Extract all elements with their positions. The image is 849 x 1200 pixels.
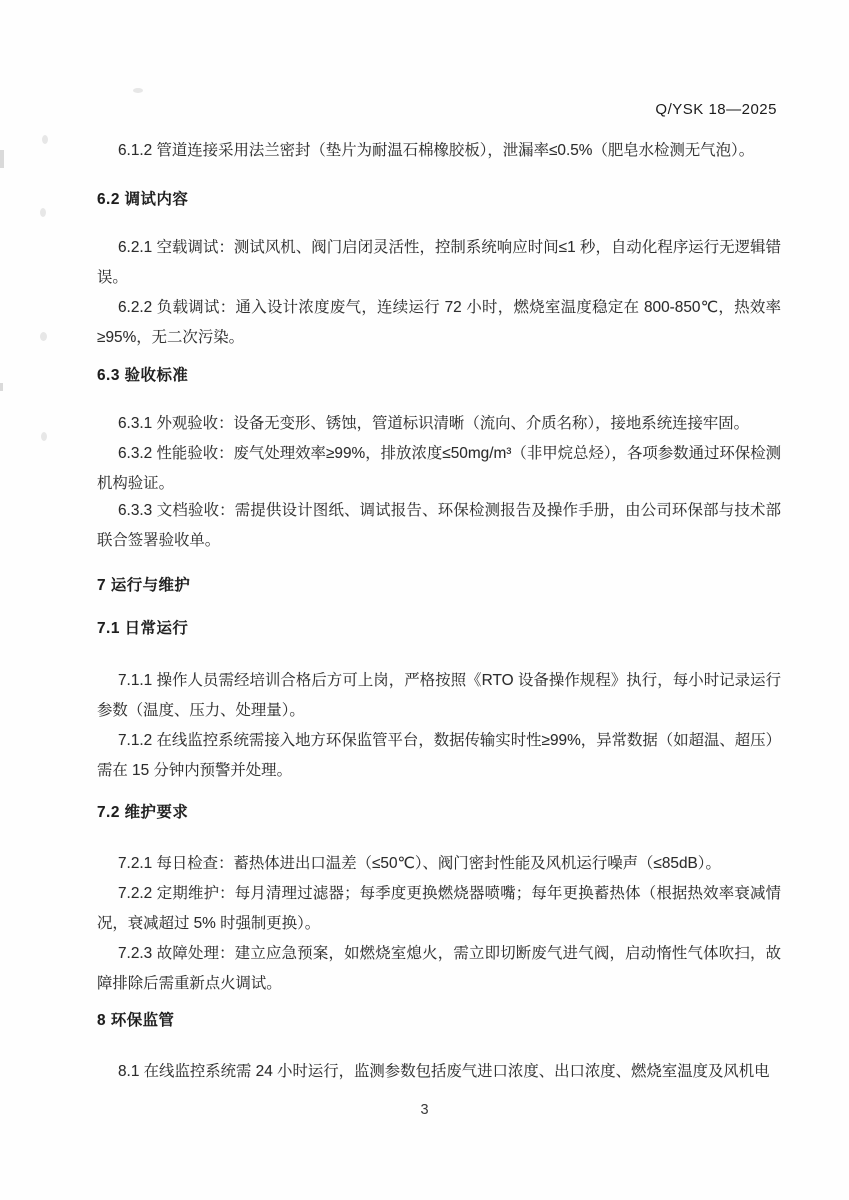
heading-7: 7 运行与维护 xyxy=(97,571,781,601)
clause-6-2-1: 6.2.1 空载调试：测试风机、阀门启闭灵活性，控制系统响应时间≤1 秒，自动化… xyxy=(97,233,781,293)
clause-6-3-1: 6.3.1 外观验收：设备无变形、锈蚀，管道标识清晰（流向、介质名称），接地系统… xyxy=(97,409,781,439)
clause-7-2-1: 7.2.1 每日检查：蓄热体进出口温差（≤50℃）、阀门密封性能及风机运行噪声（… xyxy=(97,849,781,879)
clause-7-2-2: 7.2.2 定期维护：每月清理过滤器；每季度更换燃烧器喷嘴；每年更换蓄热体（根据… xyxy=(97,879,781,939)
clause-7-1-1: 7.1.1 操作人员需经培训合格后方可上岗，严格按照《RTO 设备操作规程》执行… xyxy=(97,666,781,726)
clause-7-1-2: 7.1.2 在线监控系统需接入地方环保监管平台，数据传输实时性≥99%，异常数据… xyxy=(97,726,781,786)
clause-6-3-3: 6.3.3 文档验收：需提供设计图纸、调试报告、环保检测报告及操作手册，由公司环… xyxy=(97,496,781,556)
clause-6-3-2: 6.3.2 性能验收：废气处理效率≥99%，排放浓度≤50mg/m³（非甲烷总烃… xyxy=(97,439,781,499)
scan-edge-mark xyxy=(0,383,3,391)
heading-6-3: 6.3 验收标准 xyxy=(97,361,781,391)
scan-edge-mark xyxy=(0,150,4,168)
clause-6-1-2: 6.1.2 管道连接采用法兰密封（垫片为耐温石棉橡胶板），泄漏率≤0.5%（肥皂… xyxy=(97,136,781,166)
page-number: 3 xyxy=(0,1102,849,1118)
clause-7-2-3: 7.2.3 故障处理：建立应急预案，如燃烧室熄火，需立即切断废气进气阀，启动惰性… xyxy=(97,939,781,999)
standard-number-header: Q/YSK 18—2025 xyxy=(655,101,777,118)
scan-artifact xyxy=(133,88,143,93)
scan-artifact xyxy=(40,332,47,341)
document-page: Q/YSK 18—2025 6.1.2 管道连接采用法兰密封（垫片为耐温石棉橡胶… xyxy=(0,0,849,1200)
scan-artifact xyxy=(42,135,48,144)
heading-6-2: 6.2 调试内容 xyxy=(97,185,781,215)
clause-6-2-2: 6.2.2 负载调试：通入设计浓度废气，连续运行 72 小时，燃烧室温度稳定在 … xyxy=(97,293,781,353)
scan-artifact xyxy=(41,432,47,441)
scan-artifact xyxy=(40,208,46,217)
heading-7-1: 7.1 日常运行 xyxy=(97,614,781,644)
heading-8: 8 环保监管 xyxy=(97,1006,781,1036)
clause-8-1: 8.1 在线监控系统需 24 小时运行，监测参数包括废气进口浓度、出口浓度、燃烧… xyxy=(97,1057,781,1087)
heading-7-2: 7.2 维护要求 xyxy=(97,798,781,828)
